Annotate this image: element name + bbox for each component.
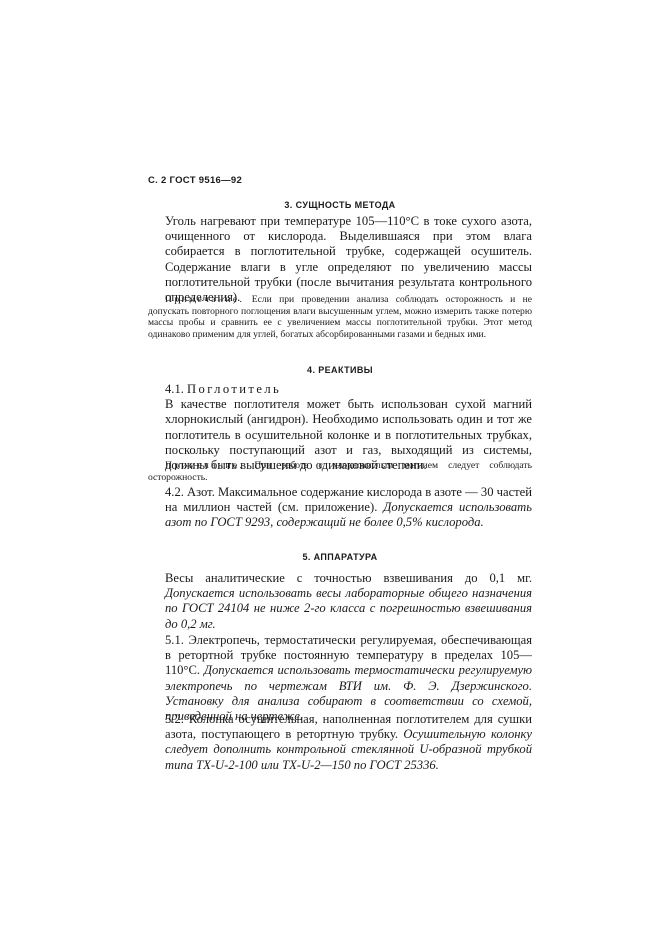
section-4-note: Примечание. При работе с хлорнокислым ма… — [148, 460, 532, 483]
section-5-title: 5. АППАРАТУРА — [148, 552, 532, 562]
section-3-title: 3. СУЩНОСТЬ МЕТОДА — [148, 200, 532, 210]
section-5-item-1: 5.1. Электропечь, термостатически регули… — [148, 633, 532, 724]
section-3-body: Уголь нагревают при температуре 105—110°… — [148, 214, 532, 305]
section-3-note: Примечание. Если при проведении анализа … — [148, 294, 532, 340]
page-header: С. 2 ГОСТ 9516—92 — [148, 175, 242, 186]
section-5-item-2: 5.2. Колонка осушительная, наполненная п… — [148, 712, 532, 773]
item-heading: Поглотитель — [187, 382, 281, 396]
section-4-title: 4. РЕАКТИВЫ — [148, 365, 532, 375]
note-label: Примечание. — [148, 460, 244, 471]
section-5-intro: Весы аналитические с точностью взвешиван… — [148, 571, 532, 632]
item-number: 4.1. — [165, 382, 184, 396]
note-label: Примечание. — [148, 294, 244, 305]
section-4-item-2: 4.2. Азот. Максимальное содержание кисло… — [148, 485, 532, 531]
